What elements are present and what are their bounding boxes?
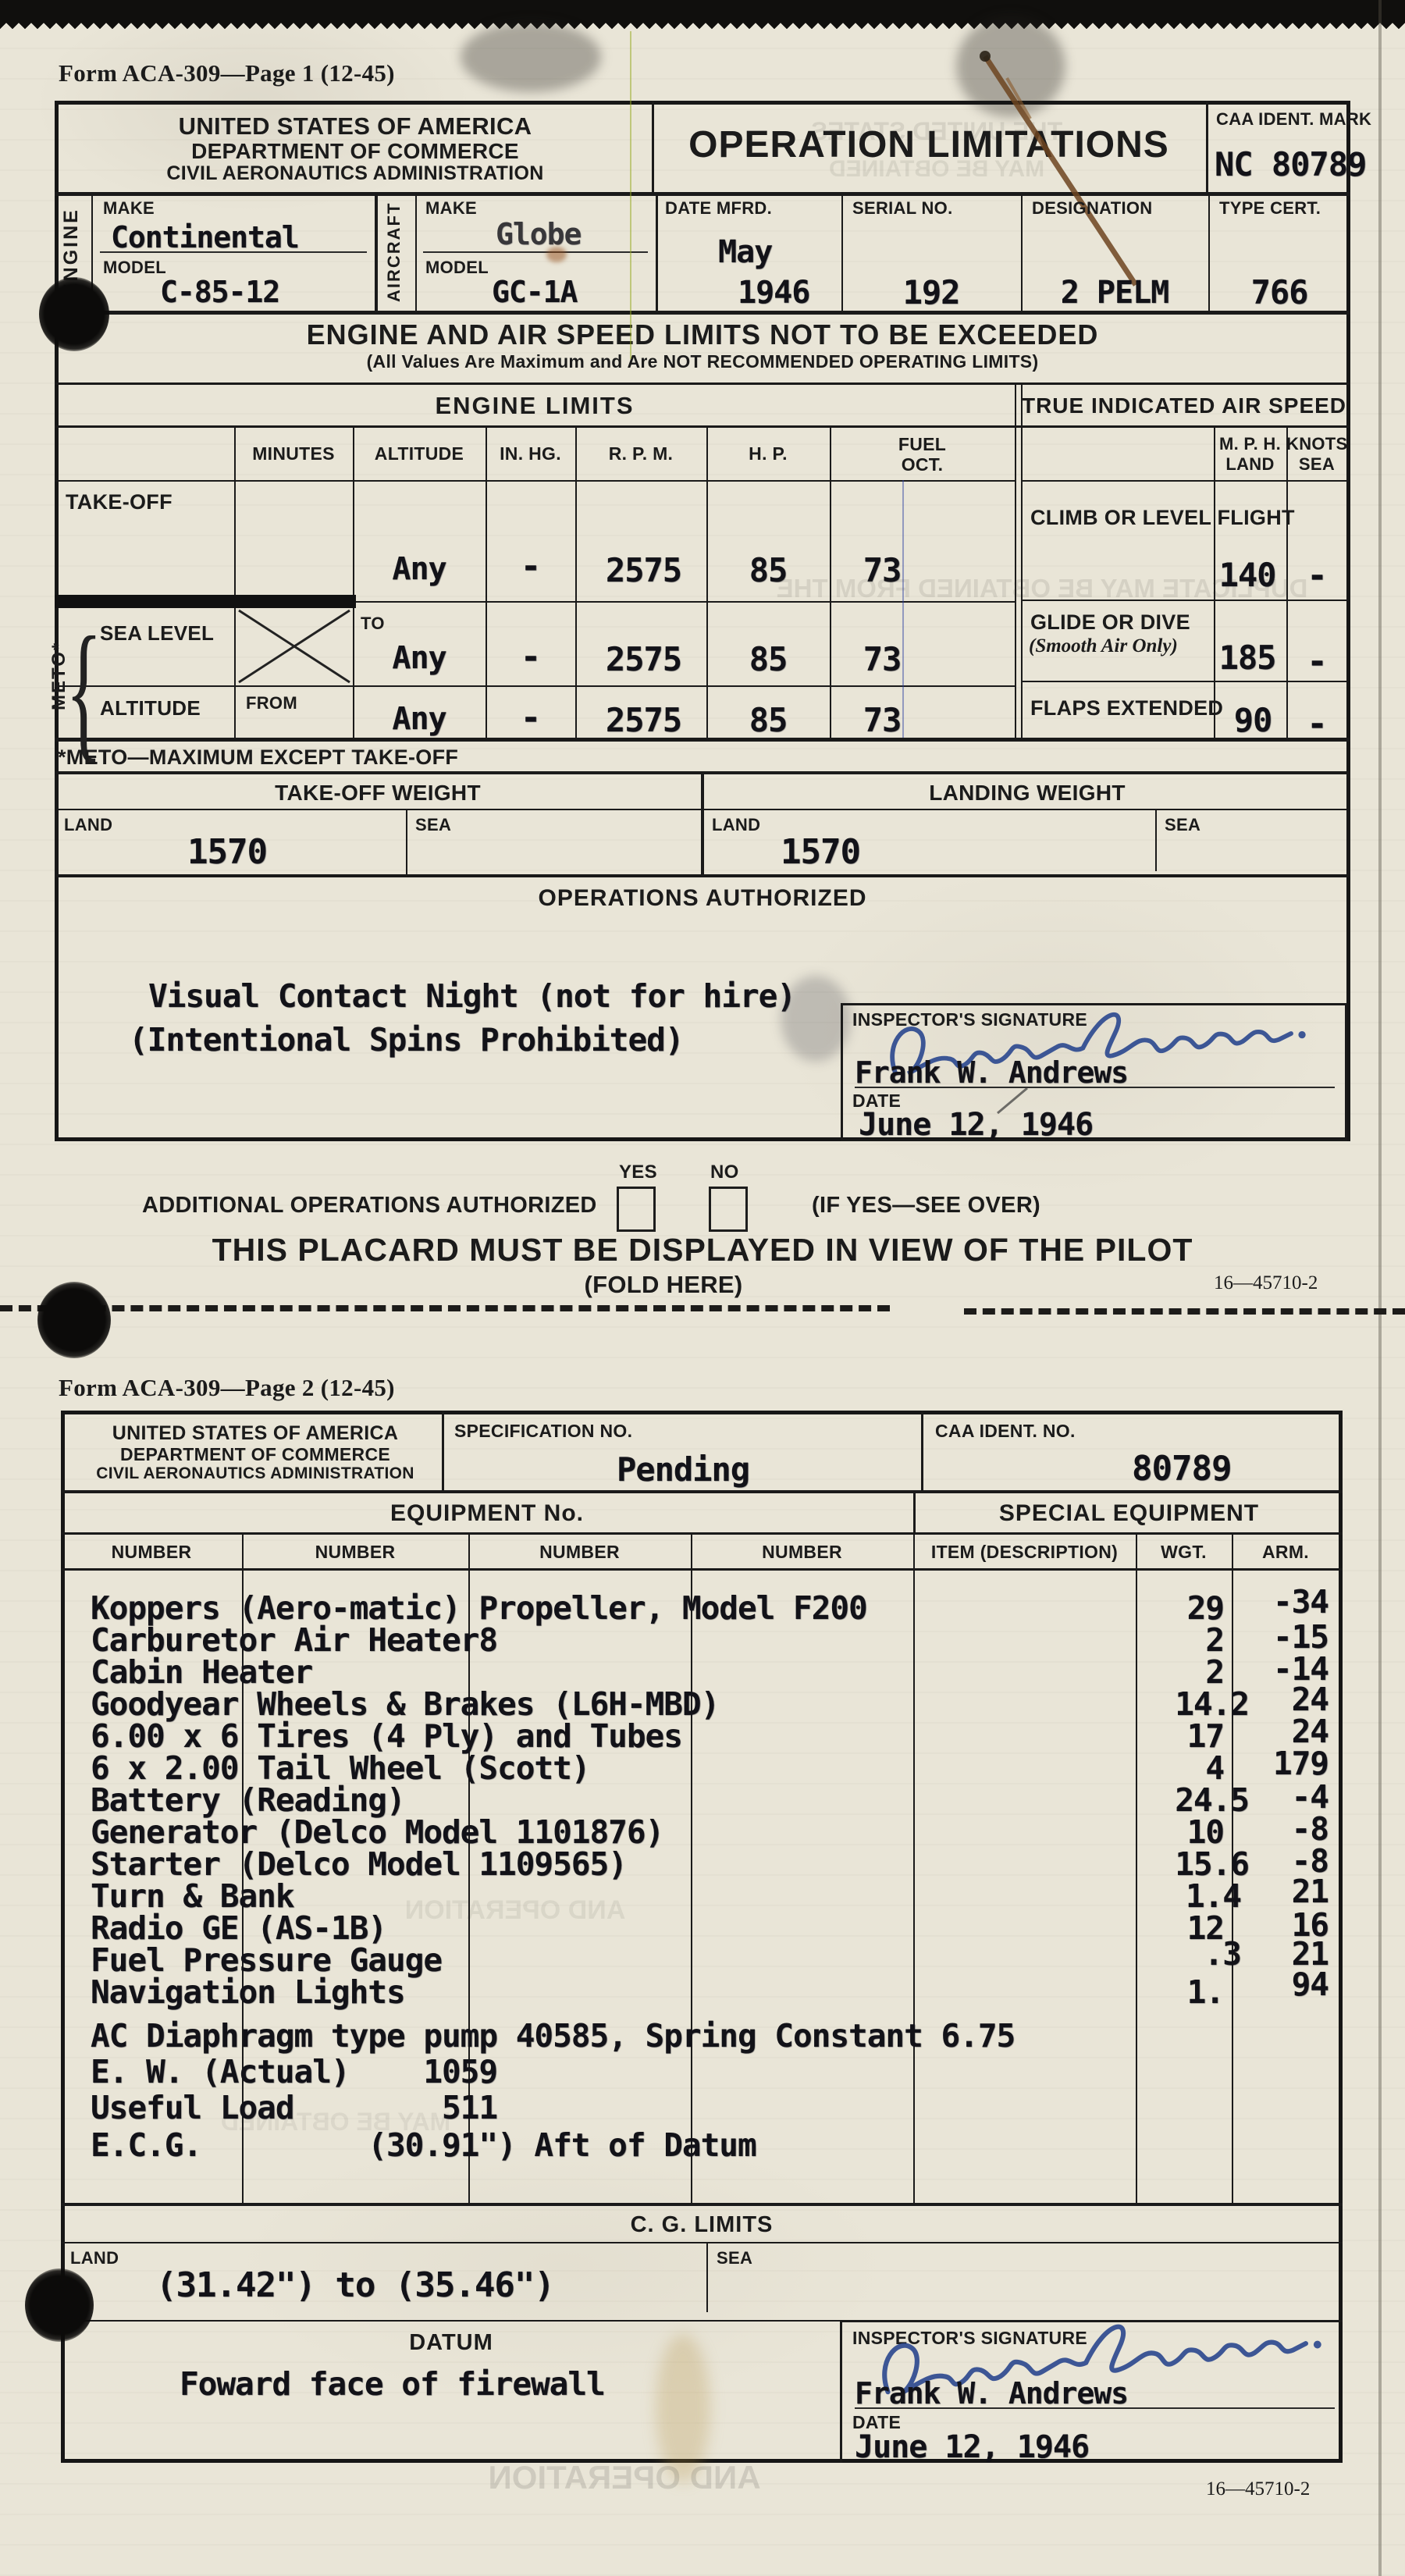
item-description-header: ITEM (DESCRIPTION) xyxy=(913,1542,1136,1563)
aircraft-model-label: MODEL xyxy=(425,258,489,278)
sealevel-fuel: 73 xyxy=(812,640,952,678)
punch-hole xyxy=(37,1282,111,1358)
fold-dashed-line xyxy=(0,1305,890,1311)
datum-value: Foward face of firewall xyxy=(180,2365,605,2403)
designation-value: 2 PELM xyxy=(1021,275,1208,311)
meto-note: *METO—MAXIMUM EXCEPT TAKE-OFF xyxy=(58,745,458,770)
glide-knots: - xyxy=(1286,642,1347,681)
equipment-arm: 94 xyxy=(1235,1966,1329,2003)
crossed-out-cell-icon xyxy=(237,609,351,684)
punch-hole xyxy=(25,2268,94,2342)
cg-sea-label: SEA xyxy=(717,2248,752,2268)
cg-land-label: LAND xyxy=(70,2248,119,2268)
pen-slash-mark xyxy=(937,47,1194,304)
spec-no-label: SPECIFICATION NO. xyxy=(454,1421,632,1442)
serial-no-value: 192 xyxy=(841,273,1021,311)
takeoff-altitude: Any xyxy=(353,551,486,587)
equipment-row: E.C.G. (30.91") Aft of Datum xyxy=(64,2126,1341,2158)
cg-limits-header: C. G. LIMITS xyxy=(61,2212,1343,2238)
equipment-row: Generator (Delco Model 1101876)10-8 xyxy=(64,1813,1341,1845)
agency2-line-1: UNITED STATES OF AMERICA xyxy=(72,1422,439,1445)
equipment-arm: 21 xyxy=(1235,1873,1329,1910)
row-sealevel-label: SEA LEVEL xyxy=(100,621,214,646)
takeoff-weight-header: TAKE-OFF WEIGHT xyxy=(55,781,701,806)
scan-line-artifact xyxy=(902,480,904,738)
col-minutes: MINUTES xyxy=(234,443,353,464)
flaps-label: FLAPS EXTENDED xyxy=(1030,696,1223,720)
scanned-form-aca-309: Form ACA-309—Page 1 (12-45) UNITED STATE… xyxy=(0,0,1405,2576)
equipment-row: Navigation Lights1.94 xyxy=(64,1973,1341,2005)
aircraft-make-value: Globe xyxy=(496,217,581,251)
glide-mph: 185 xyxy=(1208,639,1286,677)
serial-no-label: SERIAL NO. xyxy=(852,198,953,219)
equipment-wgt: 1. xyxy=(1140,1973,1224,2011)
datum-label: DATUM xyxy=(61,2330,841,2356)
takeoff-land-label: LAND xyxy=(64,815,112,835)
sealevel-inhg: - xyxy=(486,637,575,677)
date-mfrd-year: 1946 xyxy=(738,275,809,311)
inspector-date-p1: June 12, 1946 xyxy=(859,1107,1093,1143)
col-fuel-oct-2: OCT. xyxy=(830,454,1015,475)
form-number-p2: 16—45710-2 xyxy=(1206,2478,1310,2500)
aircraft-sidebar-label: AIRCRAFT xyxy=(384,197,404,308)
landing-land-label: LAND xyxy=(712,815,760,835)
equipment-row: Turn & Bank1.421 xyxy=(64,1877,1341,1909)
yes-checkbox[interactable] xyxy=(617,1187,656,1232)
bleedthrough-text: AND OPERATION xyxy=(390,2459,859,2496)
equipment-row: Koppers (Aero-matic) Propeller, Model F2… xyxy=(64,1589,1341,1621)
special-equipment-header: SPECIAL EQUIPMENT xyxy=(916,1500,1343,1527)
air-speed-header: TRUE INDICATED AIR SPEED xyxy=(1021,393,1347,418)
flaps-mph: 90 xyxy=(1219,701,1286,739)
sealevel-rpm: 2575 xyxy=(575,640,712,678)
col-inhg: IN. HG. xyxy=(486,443,575,464)
designation-label: DESIGNATION xyxy=(1032,198,1152,219)
number-col-header: NUMBER xyxy=(61,1542,242,1563)
aircraft-model-value: GC-1A xyxy=(492,275,577,309)
equipment-desc: Useful Load 511 xyxy=(91,2089,497,2126)
agency-line-1: UNITED STATES OF AMERICA xyxy=(86,112,624,141)
takeoff-inhg: - xyxy=(486,546,575,586)
inspector-date-p2: June 12, 1946 xyxy=(855,2429,1089,2465)
engine-limits-header: ENGINE LIMITS xyxy=(55,392,1015,420)
additional-operations-label: ADDITIONAL OPERATIONS AUTHORIZED xyxy=(142,1193,597,1219)
equipment-wgt: .3 xyxy=(1140,1935,1241,1973)
takeoff-fuel: 73 xyxy=(812,551,952,589)
equipment-no-header: EQUIPMENT No. xyxy=(61,1500,913,1527)
flaps-knots: - xyxy=(1286,704,1347,744)
col-altitude: ALTITUDE xyxy=(353,443,486,464)
equipment-desc: E.C.G. (30.91") Aft of Datum xyxy=(91,2126,756,2164)
rust-spot xyxy=(546,247,567,262)
placard-notice: THIS PLACARD MUST BE DISPLAYED IN VIEW O… xyxy=(55,1232,1350,1268)
altitude-fuel: 73 xyxy=(812,701,952,739)
engine-model-label: MODEL xyxy=(103,258,166,278)
engine-make-label: MAKE xyxy=(103,198,155,219)
wgt-header: WGT. xyxy=(1136,1542,1232,1563)
equipment-arm: -34 xyxy=(1235,1583,1329,1621)
form-label-page1: Form ACA-309—Page 1 (12-45) xyxy=(59,59,395,87)
row-takeoff-label: TAKE-OFF xyxy=(66,490,173,514)
col-hp: H. P. xyxy=(706,443,830,464)
engine-make-value: Continental xyxy=(111,220,299,254)
takeoff-sea-label: SEA xyxy=(415,815,451,835)
climb-mph: 140 xyxy=(1208,556,1286,594)
equipment-row: Starter (Delco Model 1109565)15.6-8 xyxy=(64,1845,1341,1877)
equipment-row: 6.00 x 6 Tires (4 Ply) and Tubes1724 xyxy=(64,1717,1341,1749)
page-edge-line xyxy=(1378,0,1382,2576)
equipment-list: Koppers (Aero-matic) Propeller, Model F2… xyxy=(64,1589,1341,2183)
equipment-row: Useful Load 511 xyxy=(64,2089,1341,2121)
limits-title: ENGINE AND AIR SPEED LIMITS NOT TO BE EX… xyxy=(55,318,1350,351)
takeoff-rpm: 2575 xyxy=(575,551,712,589)
climb-knots: - xyxy=(1286,556,1347,596)
agency-line-2: DEPARTMENT OF COMMERCE xyxy=(86,139,624,164)
date-mfrd-month: May xyxy=(718,234,772,270)
aircraft-make-label: MAKE xyxy=(425,198,477,219)
fold-dashed-line xyxy=(964,1308,1405,1315)
equipment-row: AC Diaphragm type pump 40585, Spring Con… xyxy=(64,2017,1341,2049)
equipment-row: Goodyear Wheels & Brakes (L6H-MBD)14.224 xyxy=(64,1685,1341,1717)
meto-vertical-label: METO* xyxy=(48,614,70,738)
climb-label: CLIMB OR LEVEL FLIGHT xyxy=(1030,506,1295,530)
age-stain xyxy=(656,2334,710,2482)
cg-land-value: (31.42") to (35.46") xyxy=(156,2265,554,2305)
equipment-row: Cabin Heater2-14 xyxy=(64,1653,1341,1685)
equipment-row: Battery (Reading)24.5-4 xyxy=(64,1781,1341,1813)
yes-label: YES xyxy=(619,1162,657,1183)
form-label-page2: Form ACA-309—Page 2 (12-45) xyxy=(59,1374,395,1402)
number-col-header: NUMBER xyxy=(468,1542,691,1563)
engine-model-value: C-85-12 xyxy=(160,275,279,309)
landing-weight-header: LANDING WEIGHT xyxy=(704,781,1350,806)
scan-line-artifact xyxy=(630,31,631,359)
operations-line1: Visual Contact Night (not for hire) xyxy=(148,977,795,1015)
agency2-line-2: DEPARTMENT OF COMMERCE xyxy=(72,1444,439,1465)
no-label: NO xyxy=(710,1162,739,1183)
col-knots-1: KNOTS xyxy=(1286,434,1347,454)
inspector-name-p2: Frank W. Andrews xyxy=(855,2376,1128,2411)
altitude-from-label: FROM xyxy=(246,693,297,713)
operations-line2: (Intentional Spins Prohibited) xyxy=(129,1021,684,1059)
altitude-altitude: Any xyxy=(353,701,486,737)
no-checkbox[interactable] xyxy=(709,1187,748,1232)
col-mph-2: LAND xyxy=(1214,454,1286,475)
if-yes-note: (IF YES—SEE OVER) xyxy=(812,1193,1040,1219)
equipment-row: E. W. (Actual) 1059 xyxy=(64,2053,1341,2085)
equipment-arm: 179 xyxy=(1235,1745,1329,1782)
agency-line-3: CIVIL AERONAUTICS ADMINISTRATION xyxy=(86,162,624,185)
sealevel-to-label: TO xyxy=(361,614,385,634)
altitude-inhg: - xyxy=(486,698,575,738)
equipment-desc: E. W. (Actual) 1059 xyxy=(91,2053,497,2090)
col-fuel-oct-1: FUEL xyxy=(830,434,1015,455)
equipment-desc: Navigation Lights xyxy=(91,1973,405,2011)
sealevel-altitude: Any xyxy=(353,640,486,676)
number-col-header: NUMBER xyxy=(242,1542,468,1563)
number-col-header: NUMBER xyxy=(691,1542,913,1563)
equipment-desc: AC Diaphragm type pump 40585, Spring Con… xyxy=(91,2017,1015,2055)
landing-land-value: 1570 xyxy=(781,832,860,872)
row-altitude-label: ALTITUDE xyxy=(100,696,201,720)
punch-hole xyxy=(39,277,109,351)
equipment-row: 6 x 2.00 Tail Wheel (Scott)4179 xyxy=(64,1749,1341,1781)
landing-sea-label: SEA xyxy=(1165,815,1200,835)
col-rpm: R. P. M. xyxy=(575,443,706,464)
col-mph-1: M. P. H. xyxy=(1214,434,1286,454)
glide-sublabel: (Smooth Air Only) xyxy=(1029,635,1178,657)
torn-edge-strip xyxy=(0,0,1405,20)
date-mfrd-label: DATE MFRD. xyxy=(665,198,772,219)
type-cert-value: 766 xyxy=(1208,273,1350,311)
caa-ident-mark-label: CAA IDENT. MARK xyxy=(1216,109,1371,130)
glide-label: GLIDE OR DIVE xyxy=(1030,610,1190,635)
arm-header: ARM. xyxy=(1232,1542,1339,1563)
fold-here-label: (FOLD HERE) xyxy=(55,1271,1272,1299)
torn-edge-serration xyxy=(0,20,1405,31)
type-cert-label: TYPE CERT. xyxy=(1219,198,1321,219)
caa-ident-no-label: CAA IDENT. NO. xyxy=(935,1421,1076,1442)
caa-ident-mark-value: NC 80789 xyxy=(1215,145,1366,183)
equipment-row: Carburetor Air Heater82-15 xyxy=(64,1621,1341,1653)
spec-no-value: Pending xyxy=(617,1450,749,1489)
agency2-line-3: CIVIL AERONAUTICS ADMINISTRATION xyxy=(72,1464,439,1483)
pencil-mark xyxy=(991,1085,1046,1116)
takeoff-land-value: 1570 xyxy=(187,832,267,872)
limits-subtitle: (All Values Are Maximum and Are NOT RECO… xyxy=(55,351,1350,372)
col-knots-2: SEA xyxy=(1286,454,1347,475)
operations-header: OPERATIONS AUTHORIZED xyxy=(55,885,1350,912)
altitude-rpm: 2575 xyxy=(575,701,712,739)
form-number-p1: 16—45710-2 xyxy=(1214,1272,1318,1294)
scan-smudge xyxy=(461,22,601,92)
equipment-row: Fuel Pressure Gauge.321 xyxy=(64,1941,1341,1973)
caa-ident-no-value: 80789 xyxy=(1132,1449,1231,1489)
